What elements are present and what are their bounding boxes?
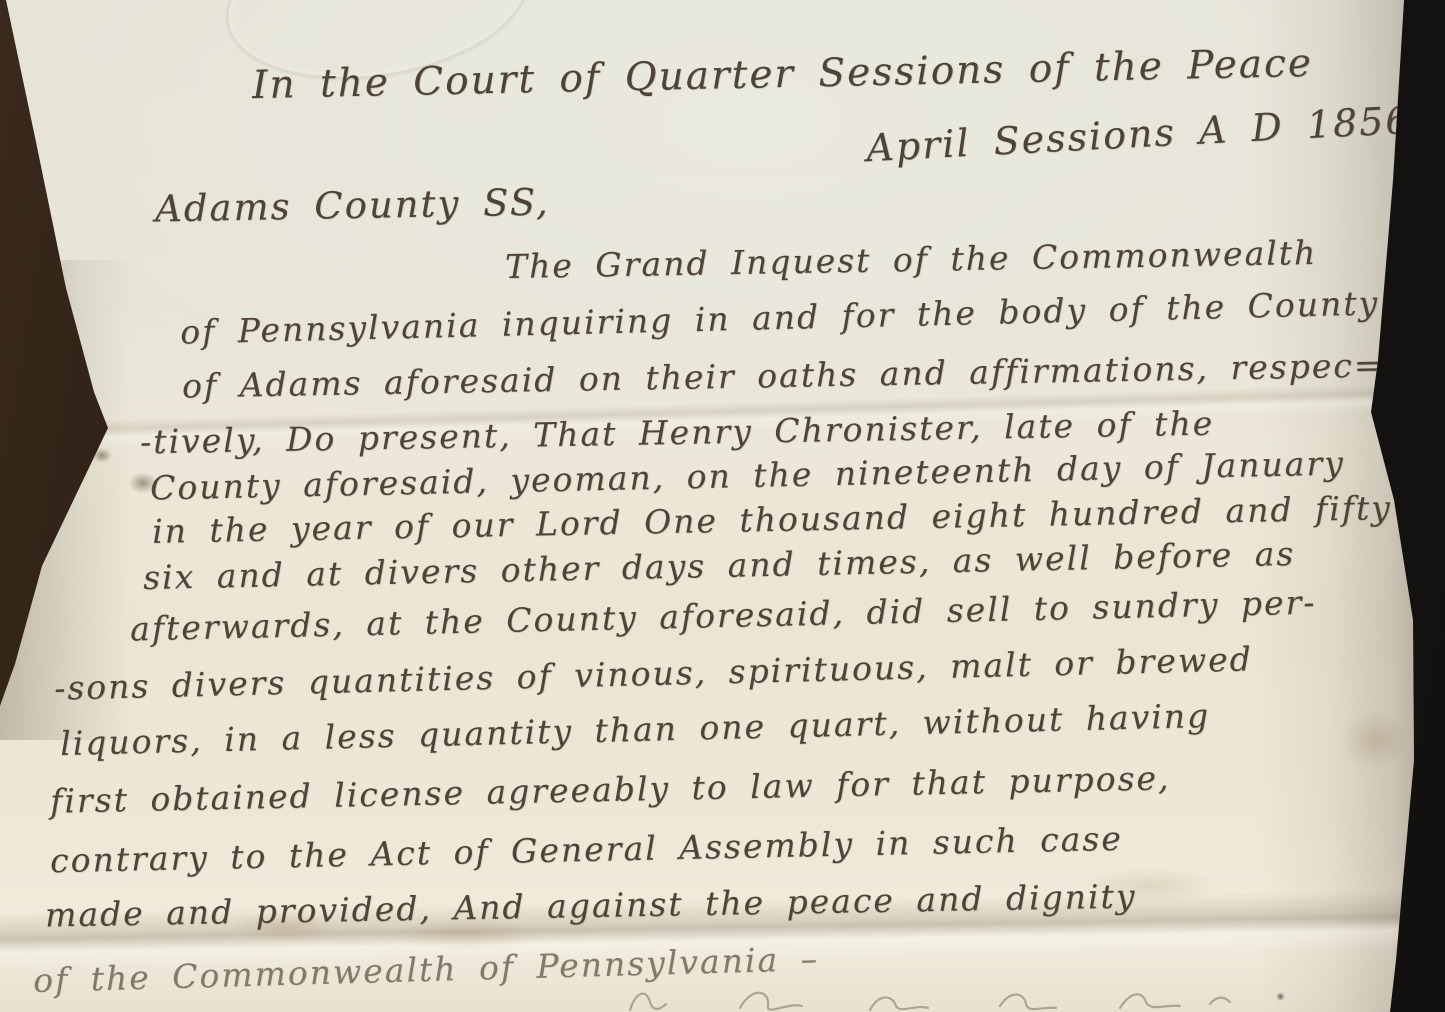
photo-backdrop: In the Court of Quarter Sessions of the … (0, 0, 1445, 1012)
heading-court-line: In the Court of Quarter Sessions of the … (252, 41, 1314, 108)
county-caption-line: Adams County SS, (155, 181, 550, 231)
body-line: of Pennsylvania inquiring in and for the… (180, 283, 1380, 351)
body-line: made and provided, And against the peace… (45, 876, 1137, 934)
document-paper: In the Court of Quarter Sessions of the … (0, 0, 1445, 1012)
heading-session-line: April Sessions A D 1856 (865, 98, 1412, 170)
body-line: of Adams aforesaid on their oaths and af… (182, 346, 1384, 406)
body-line: liquors, in a less quantity than one qua… (60, 696, 1211, 763)
ink-dot (1276, 992, 1285, 1001)
body-line: contrary to the Act of General Assembly … (50, 819, 1123, 880)
body-line: The Grand Inquest of the Commonwealth (505, 233, 1318, 286)
body-line: first obtained license agreeably to law … (50, 758, 1171, 820)
partial-cursive-strokes (620, 984, 1240, 1012)
stain (1340, 710, 1410, 770)
body-line: -sons divers quantities of vinous, spiri… (54, 639, 1253, 707)
ink-blot (92, 448, 112, 463)
body-line: of the Commonwealth of Pennsylvania – (33, 939, 820, 1000)
